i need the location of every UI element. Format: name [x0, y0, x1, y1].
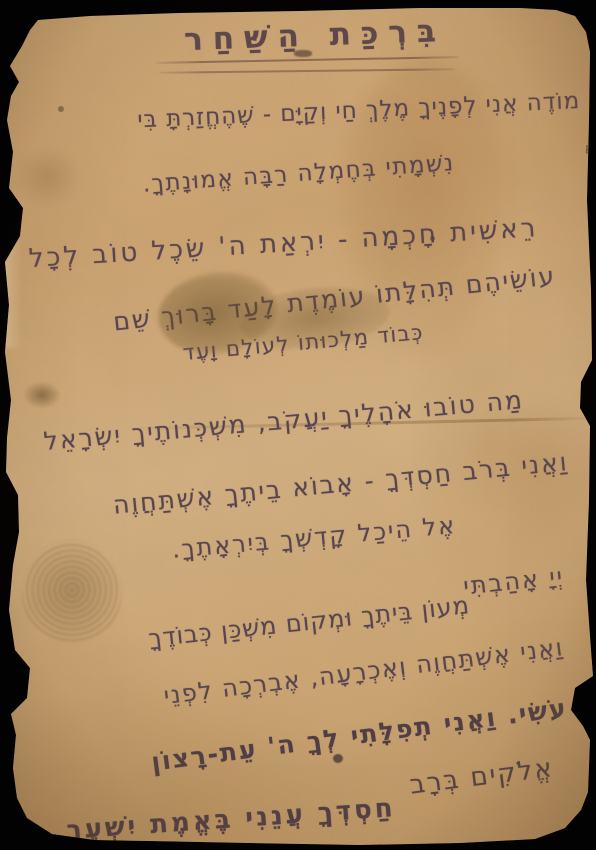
document-title: בִּרְכַּת הַשַּׁחַר [184, 14, 447, 59]
edge-curl-mark: כ [588, 248, 596, 262]
text-line: חַסְדְּךָ עֲנֵנִי בֶּאֱמֶת יִשְׁעֶךָ [66, 794, 397, 847]
margin-letter-mark: ש [584, 139, 596, 159]
text-line: מוֹדֶה אֲנִי לְפָנֶיךָ מֶלֶךְ חַי וְקַיָ… [137, 88, 581, 134]
text-line: כְּבוֹד מַלְכוּתוֹ לְעוֹלָם וָעֶד [182, 320, 425, 365]
text-line: עוֹשֵׂיהֶם תְּהִלָּתוֹ עוֹמֶדֶת לָעַד בָ… [112, 262, 558, 337]
text-line: אֶל הֵיכַל קָדְשְׁךָ בְּיִרְאָתֶךָ. [171, 512, 457, 564]
ink-blob-stain [24, 382, 60, 408]
photo-of-manuscript: { "photo": { "description_label": "aged … [0, 0, 596, 850]
text-line: וַאֲנִי בְּרֹב חַסְדְּךָ - אָבוֹא בֵיתֶך… [111, 448, 569, 520]
torn-edge-highlight [0, 238, 26, 348]
text-line: יְיָ אָהַבְתִּי [462, 563, 565, 601]
text-line: נִשְׁמָתִי בְּחֶמְלָה רַבָּה אֱמוּנָתֶךָ… [141, 150, 455, 198]
text-line: אֱלֹקִים בְּרָב [409, 754, 556, 801]
title-underline-bottom [159, 68, 455, 74]
photo-background: בִּרְכַּת הַשַּׁחַר מוֹדֶה אֲנִי לְפָנֶי… [0, 0, 596, 850]
text-line: מְעוֹן בֵּיתֶךָ וּמְקוֹם מִשְׁכַּן כְּבו… [148, 592, 472, 653]
ink-speck [333, 754, 343, 763]
text-line: רֵאשִׁית חָכְמָה - יִרְאַת ה' שֵׂכֶל טוֹ… [28, 214, 539, 275]
fingerprint-stain [22, 540, 122, 644]
text-line: מַה טוֹבוּ אֹהָלֶיךָ יַעֲקֹב, מִשְׁכְּנו… [43, 386, 525, 457]
fingerprint-stain-top-left [12, 146, 82, 208]
ink-speck [58, 106, 64, 112]
manuscript-paper: בִּרְכַּת הַשַּׁחַר מוֹדֶה אֲנִי לְפָנֶי… [0, 0, 596, 850]
